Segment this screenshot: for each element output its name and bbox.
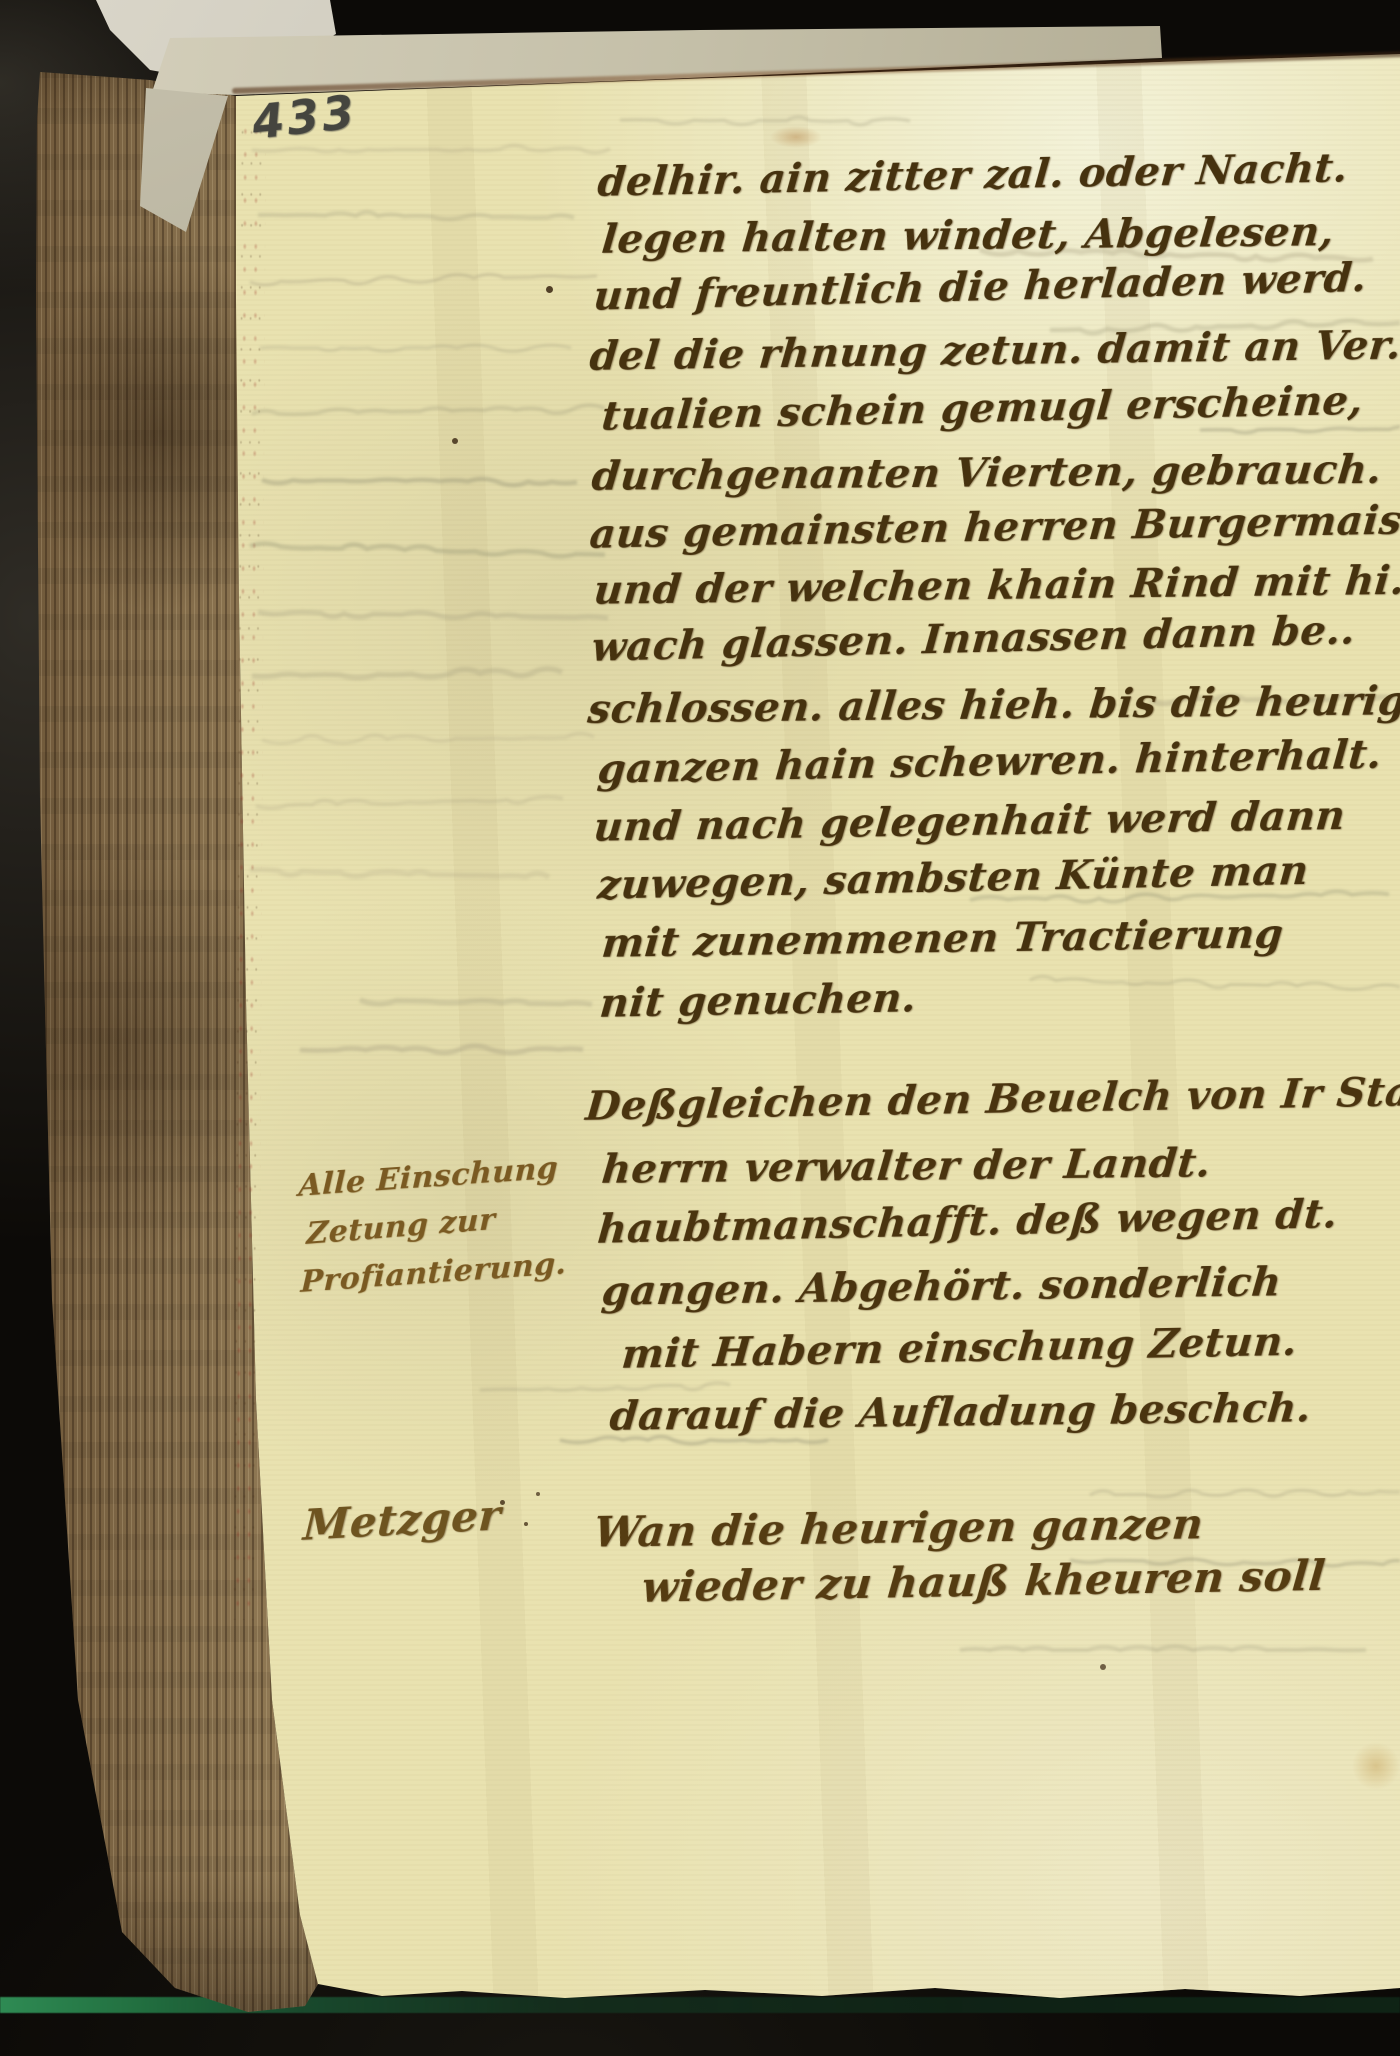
bleedthrough-stroke — [1030, 976, 1400, 992]
bleedthrough-stroke — [1200, 426, 1400, 432]
folio-number: 433 — [250, 89, 359, 146]
manuscript-photo: 433 delhir. ain zitter zal. oder Nacht. … — [0, 0, 1400, 2056]
bleedthrough-stroke — [250, 272, 597, 285]
bleedthrough-stroke — [252, 145, 610, 154]
margin-note-butcher: Metzger — [302, 1494, 502, 1547]
bleedthrough-stroke — [258, 211, 574, 220]
bleedthrough-stroke — [620, 116, 910, 125]
handwriting-line: herrn verwalter der Landt. — [600, 1144, 1213, 1190]
handwriting-line: gangen. Abgehört. sonderlich — [600, 1262, 1283, 1312]
handwriting-line: und nach gelegenhait werd dann — [592, 796, 1347, 848]
bleedthrough-stroke — [252, 668, 562, 679]
handwriting-line: nit genuchen. — [598, 978, 918, 1024]
handwriting-line: schlossen. alles hieh. bis die heurigen — [586, 681, 1400, 730]
handwriting-line: legen halten windet, Abgelesen, — [600, 212, 1336, 260]
handwriting-line: und der welchen khain Rind mit hi.. — [592, 561, 1400, 611]
handwriting-line: wieder zu hauß kheuren soll — [640, 1555, 1327, 1609]
bleedthrough-stroke — [258, 610, 608, 622]
handwriting-line: mit zunemmenen Tractierung — [600, 914, 1285, 964]
bleedthrough-stroke — [262, 733, 594, 744]
bleedthrough-stroke — [262, 477, 577, 485]
bleedthrough-stroke — [300, 1046, 583, 1053]
handwriting-line: darauf die Aufladung beschch. — [608, 1388, 1313, 1437]
bleedthrough-stroke — [360, 998, 592, 1008]
bleedthrough-stroke — [1090, 1487, 1400, 1498]
handwriting-line: del die rhnung zetun. damit an Ver.. — [588, 325, 1400, 377]
handwriting-line: Wan die heurigen ganzen — [592, 1503, 1205, 1554]
bleedthrough-stroke — [256, 795, 563, 809]
bleedthrough-stroke — [250, 542, 605, 557]
handwriting-line: durchgenanten Vierten, gebrauch. — [590, 450, 1384, 497]
bleedthrough-stroke — [252, 405, 605, 418]
bleedthrough-stroke — [260, 345, 571, 351]
bleedthrough-stroke — [960, 1647, 1366, 1651]
bleedthrough-stroke — [250, 866, 549, 881]
